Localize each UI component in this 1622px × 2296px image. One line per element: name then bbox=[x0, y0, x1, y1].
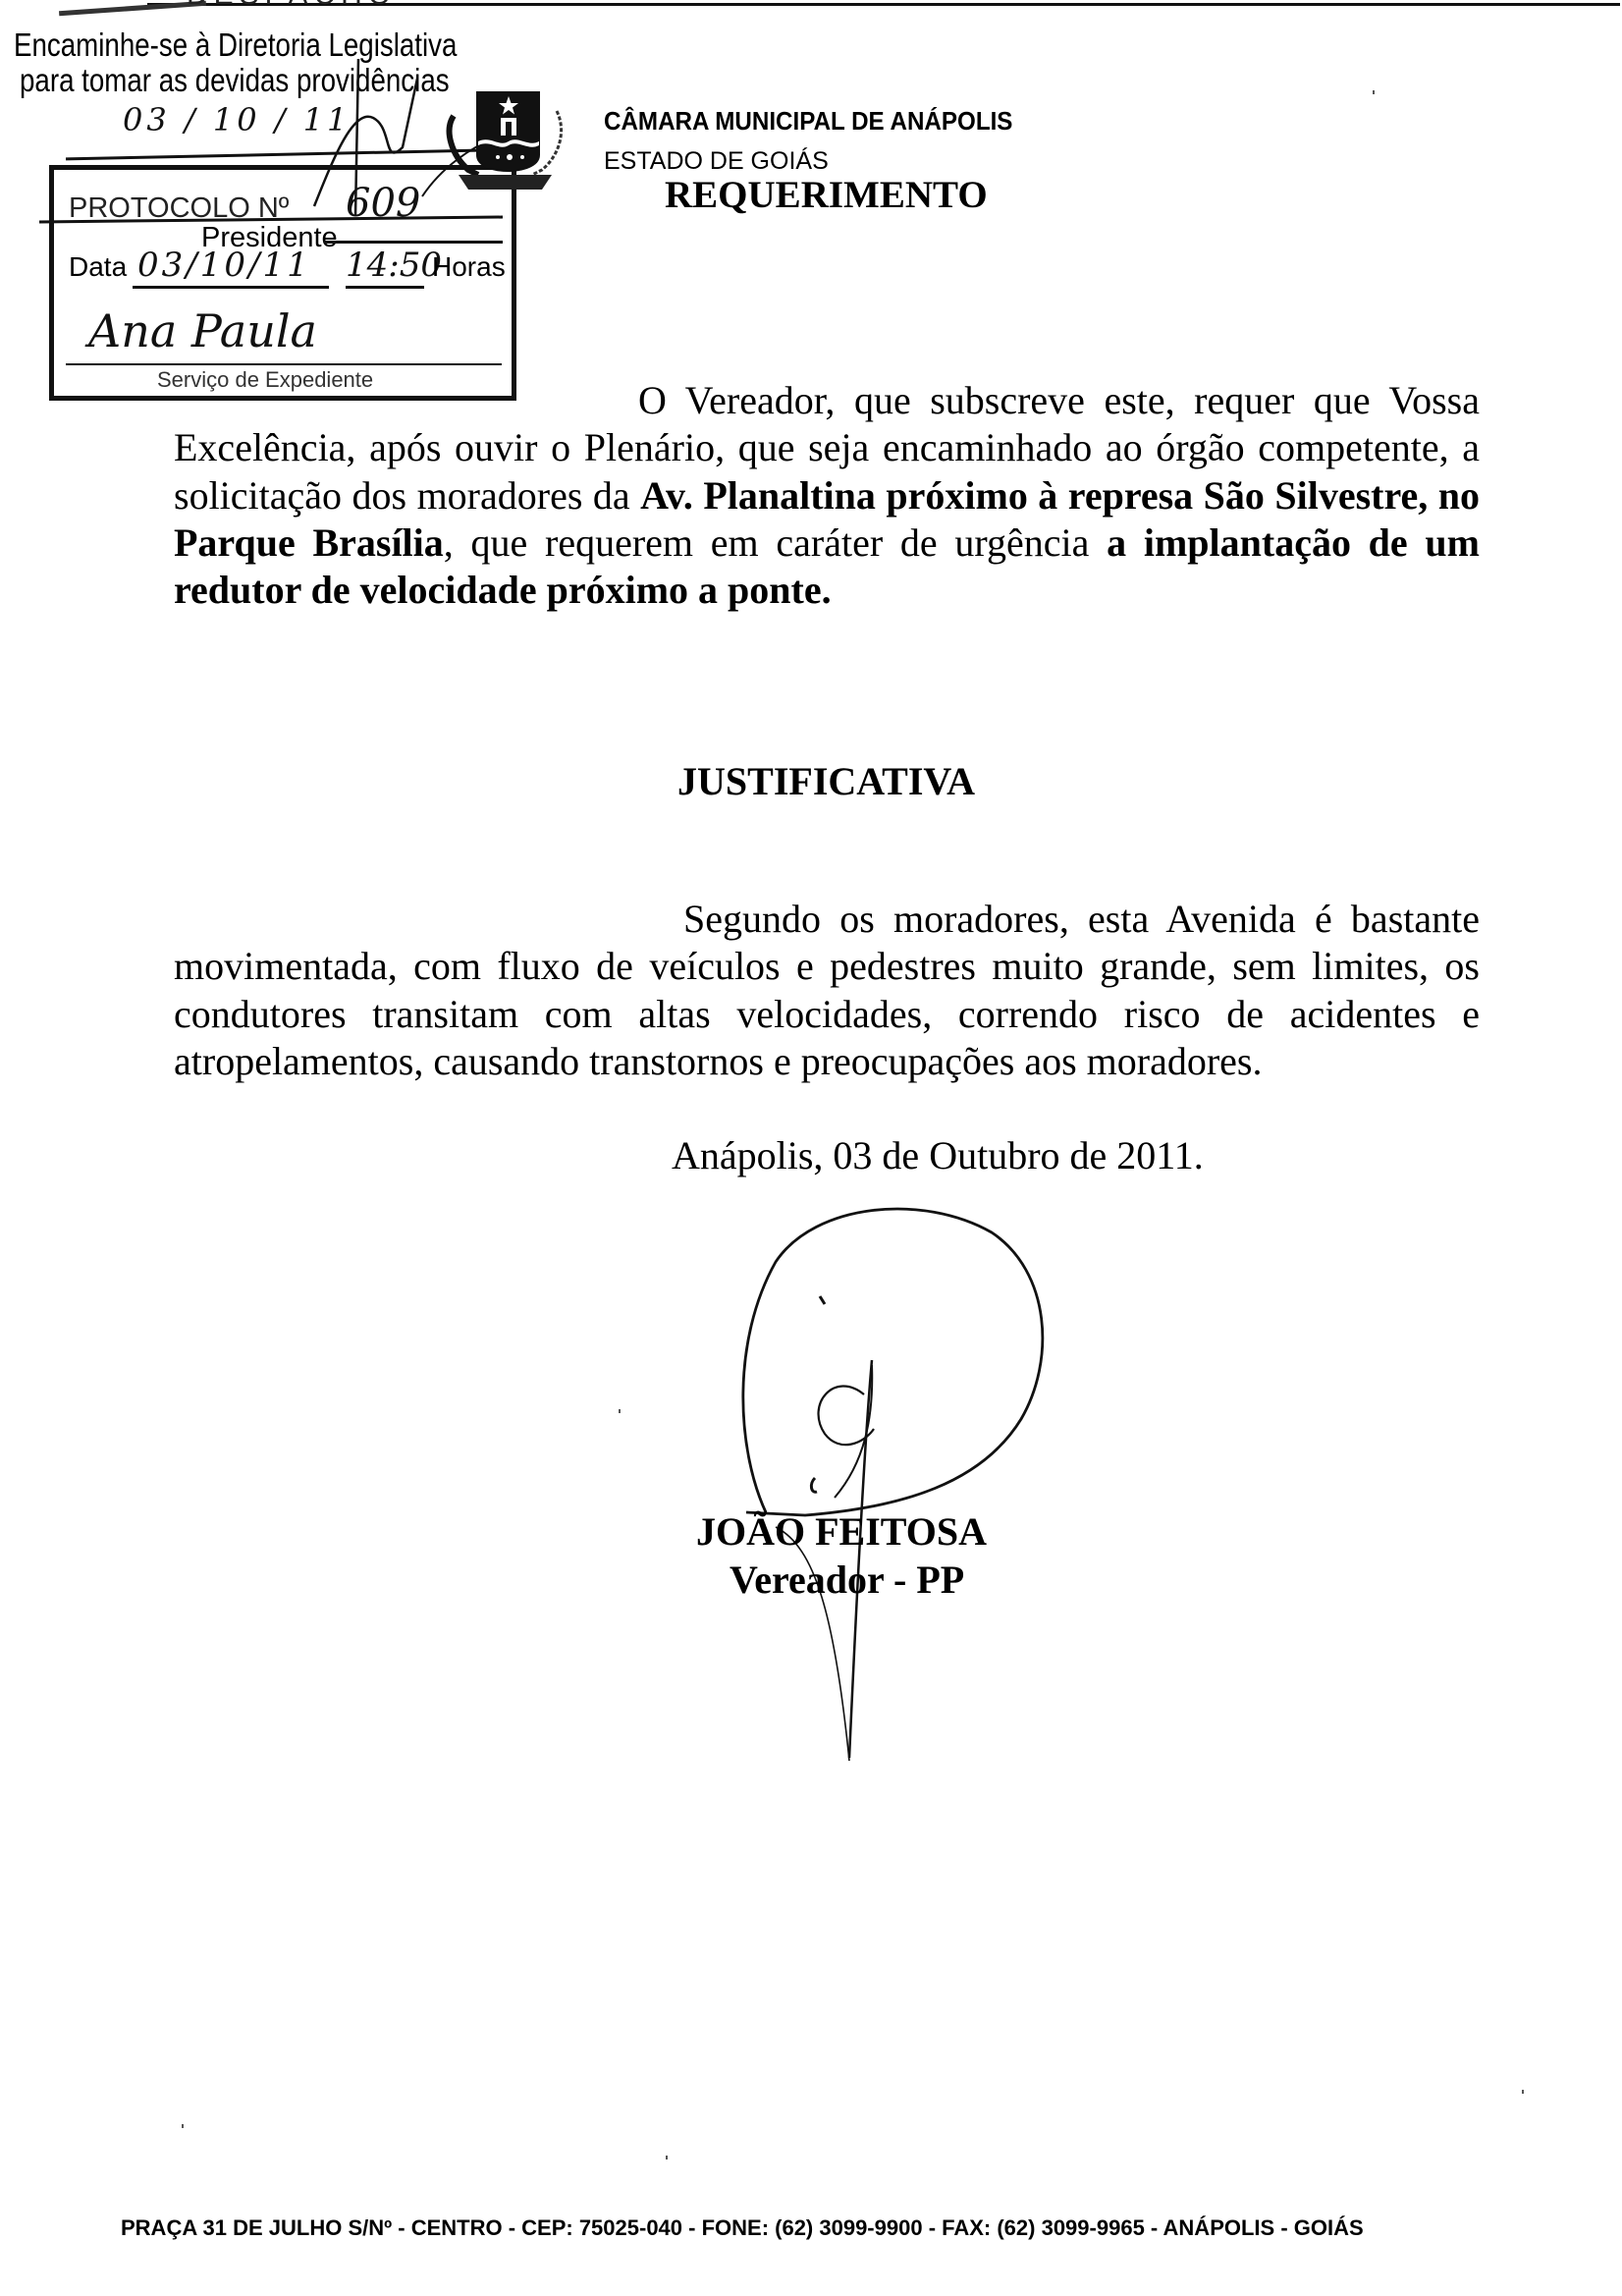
scan-smudge bbox=[59, 1, 206, 16]
coat-of-arms-icon bbox=[444, 77, 567, 194]
signer-name: JOÃO FEITOSA bbox=[696, 1508, 987, 1555]
footer-address: PRAÇA 31 DE JULHO S/Nº - CENTRO - CEP: 7… bbox=[121, 2215, 1513, 2241]
stamp-date-value: 03/10/11 bbox=[137, 246, 311, 285]
stamp-time-value: 14:50 bbox=[346, 246, 442, 285]
stamp-date-label: Data bbox=[69, 251, 127, 283]
justification-paragraph: Segundo os moradores, esta Avenida é bas… bbox=[174, 896, 1480, 1085]
organization-state: ESTADO DE GOIÁS bbox=[604, 147, 829, 176]
organization-name: CÂMARA MUNICIPAL DE ANÁPOLIS bbox=[604, 106, 1012, 137]
stamp-time-label: Horas bbox=[432, 251, 506, 283]
dispatch-heading-cut: DESPACHO bbox=[187, 0, 397, 12]
scan-speck bbox=[666, 2156, 668, 2159]
scan-speck bbox=[1373, 90, 1375, 94]
stamp-date-line bbox=[133, 286, 329, 289]
scan-speck bbox=[182, 2124, 184, 2128]
stamp-signature-line bbox=[66, 363, 502, 365]
request-text-2: , que requerem em caráter de urgência bbox=[444, 520, 1107, 565]
dispatch-text-line-1: Encaminhe-se à Diretoria Legislativa bbox=[14, 27, 457, 63]
stamp-clerk-signature: Ana Paula bbox=[88, 304, 317, 357]
request-paragraph: O Vereador, que subscreve este, requer q… bbox=[174, 377, 1480, 614]
place-and-date: Anápolis, 03 de Outubro de 2011. bbox=[672, 1132, 1204, 1178]
justification-heading: JUSTIFICATIVA bbox=[677, 758, 975, 804]
scan-speck bbox=[1522, 2090, 1524, 2094]
document-title: REQUERIMENTO bbox=[665, 173, 988, 217]
signer-role: Vereador - PP bbox=[730, 1557, 964, 1603]
scan-speck bbox=[619, 1409, 621, 1413]
stamp-time-line bbox=[346, 286, 424, 289]
stamp-president-line bbox=[324, 241, 503, 244]
councilor-signature bbox=[727, 1193, 1060, 1773]
